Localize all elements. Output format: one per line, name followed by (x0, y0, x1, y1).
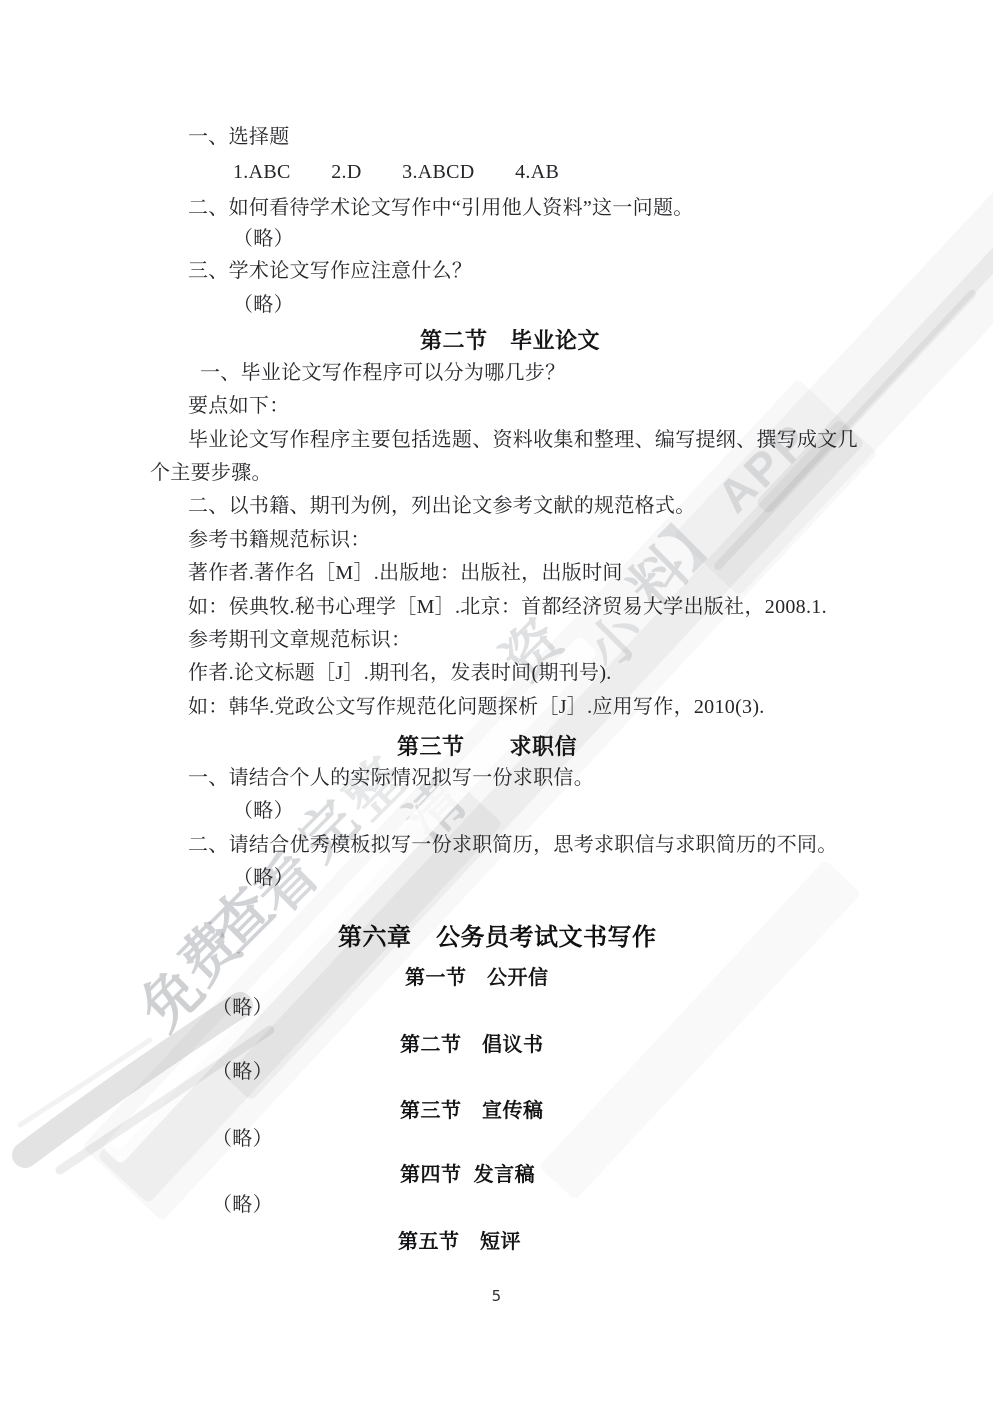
page-number: 5 (0, 1282, 993, 1310)
exercise-item: 一、毕业论文写作程序可以分为哪几步？ (200, 359, 565, 387)
exercise-item: 一、选择题 (188, 123, 290, 151)
brush-streak (673, 184, 993, 596)
citation-example-line: 如：侯典牧.秘书心理学［M］.北京：首都经济贸易大学出版社，2008.1. (188, 593, 827, 621)
watermark-glyph: A (706, 461, 768, 523)
omitted-note: （略） (233, 864, 294, 892)
brush-streak (755, 195, 993, 514)
exercise-item: 二、如何看待学术论文写作中“引用他人资料”这一问题。 (188, 194, 694, 222)
watermark-glyph: 免 (118, 945, 218, 1045)
section-heading: 第三节 求职信 (397, 733, 577, 761)
exercise-item: 二、请结合优秀模板拟写一份求职简历，思考求职信与求职简历的不同。 (188, 831, 838, 859)
answer-key-line: 1.ABC 2.D 3.ABCD 4.AB (233, 158, 559, 186)
citation-example-line: 如：韩华.党政公文写作规范化问题探析［J］.应用写作，2010(3). (188, 693, 765, 721)
body-line: 参考书籍规范标识： (188, 526, 371, 554)
watermark-glyph: 费 (156, 900, 256, 1000)
omitted-note: （略） (233, 225, 294, 253)
watermark-glyph: 完 (277, 780, 373, 876)
body-line: 参考期刊文章规范标识： (188, 626, 411, 654)
section-heading: 第四节 发言稿 (400, 1161, 535, 1189)
section-heading: 第一节 公开信 (405, 964, 549, 992)
exercise-item: 二、以书籍、期刊为例，列出论文参考文献的规范格式。 (188, 492, 696, 520)
exercise-item: 三、学术论文写作应注意什么？ (188, 257, 472, 285)
body-line: 毕业论文写作程序主要包括选题、资料收集和整理、编写提纲、撰写成文几 (188, 426, 858, 454)
omitted-note: （略） (212, 1191, 273, 1219)
section-heading: 第二节 毕业论文 (420, 327, 600, 355)
omitted-note: （略） (212, 1058, 273, 1086)
omitted-note: （略） (233, 291, 294, 319)
document-page: 免费查看完整清资小料】APP 一、选择题 1.ABC 2.D 3.ABCD 4.… (0, 0, 993, 1404)
omitted-note: （略） (233, 797, 294, 825)
section-heading: 第五节 短评 (398, 1228, 521, 1256)
body-line: 个主要步骤。 (150, 459, 272, 487)
chapter-heading: 第六章 公务员考试文书写作 (338, 924, 657, 952)
brush-streak (538, 859, 861, 1200)
body-line: 要点如下： (188, 392, 290, 420)
omitted-note: （略） (212, 994, 273, 1022)
exercise-item: 一、请结合个人的实际情况拟写一份求职信。 (188, 764, 594, 792)
citation-format-line: 作者.论文标题［J］.期刊名，发表时间(期刊号). (188, 659, 612, 687)
citation-format-line: 著作者.著作名［M］.出版地：出版社，出版时间 (188, 559, 623, 587)
omitted-note: （略） (212, 1125, 273, 1153)
section-heading: 第三节 宣传稿 (400, 1097, 544, 1125)
section-heading: 第二节 倡议书 (400, 1031, 544, 1059)
